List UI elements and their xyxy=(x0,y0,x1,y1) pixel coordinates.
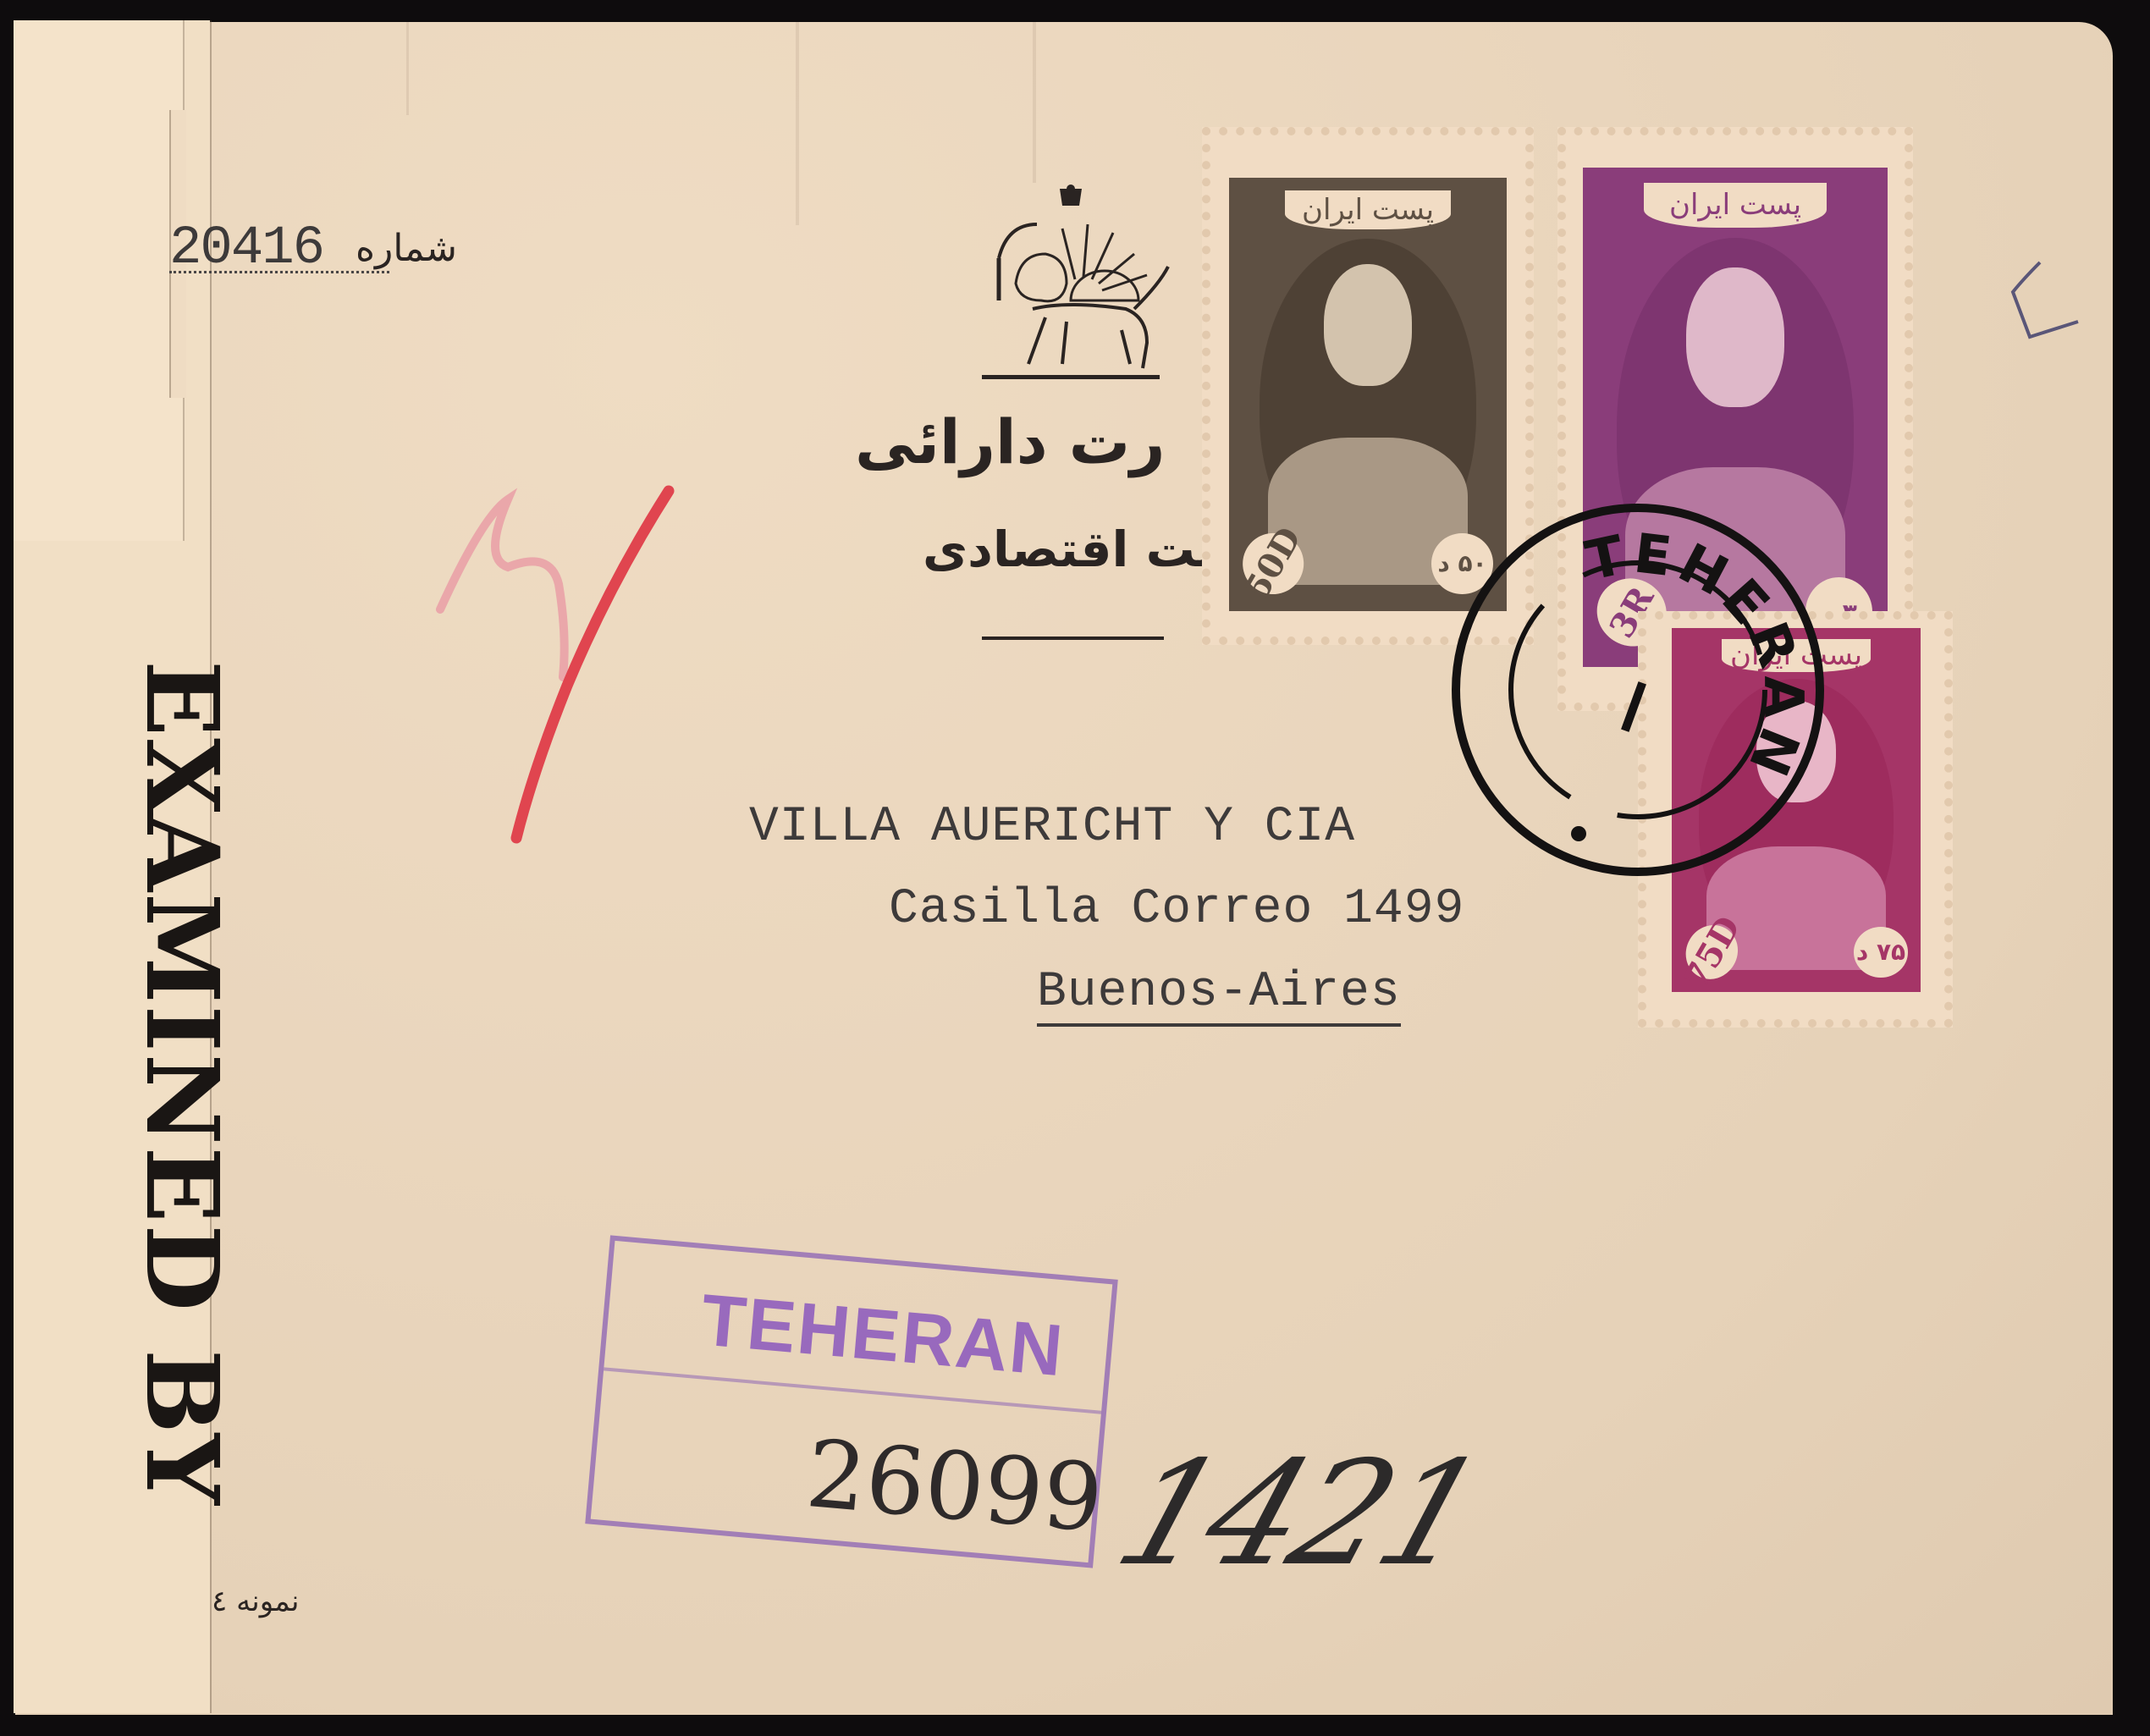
fold-crease xyxy=(1033,22,1036,183)
registration-label: TEHERAN 26099 xyxy=(585,1235,1118,1568)
svg-text:TEHERAN: TEHERAN xyxy=(1580,522,1814,789)
pencil-mark xyxy=(2006,254,2116,372)
fold-crease xyxy=(796,22,799,225)
censor-label: EXAMINED BY xyxy=(123,643,241,1524)
teheran-postmark: TEHERAN xyxy=(1439,491,1837,889)
red-crayon-mark xyxy=(423,482,694,855)
addressee-name: VILLA AUERICHT Y CIA xyxy=(749,800,1355,855)
lion-and-sun-crest-icon xyxy=(965,182,1177,394)
ministry-heading: رت دارائی xyxy=(855,406,1166,477)
reference-label: شماره xyxy=(356,227,457,270)
censor-tape-top-flap xyxy=(14,20,185,541)
stamp-value-persian: ۷۵ د xyxy=(1854,927,1909,978)
fold-crease xyxy=(406,22,409,115)
letterhead-rule xyxy=(982,637,1164,640)
stamp-country: پست ایران xyxy=(1644,183,1827,228)
reference-dotted-line xyxy=(169,271,389,273)
stamp-country: پست ایران xyxy=(1285,190,1452,229)
form-number: نمونه ٤ xyxy=(212,1584,299,1618)
portrait-head xyxy=(1686,267,1783,407)
stamp-value: 75D xyxy=(1676,916,1747,989)
addressee-po-box: Casilla Correo 1499 xyxy=(889,882,1464,937)
handwritten-number: 1421 xyxy=(1099,1430,1499,1598)
registration-number: 26099 xyxy=(802,1419,1107,1553)
registration-city: TEHERAN xyxy=(697,1278,1067,1393)
portrait-head xyxy=(1324,264,1413,385)
addressee-city: Buenos-Aires xyxy=(1037,965,1401,1027)
postmark-city: TEHERAN xyxy=(1580,522,1814,789)
